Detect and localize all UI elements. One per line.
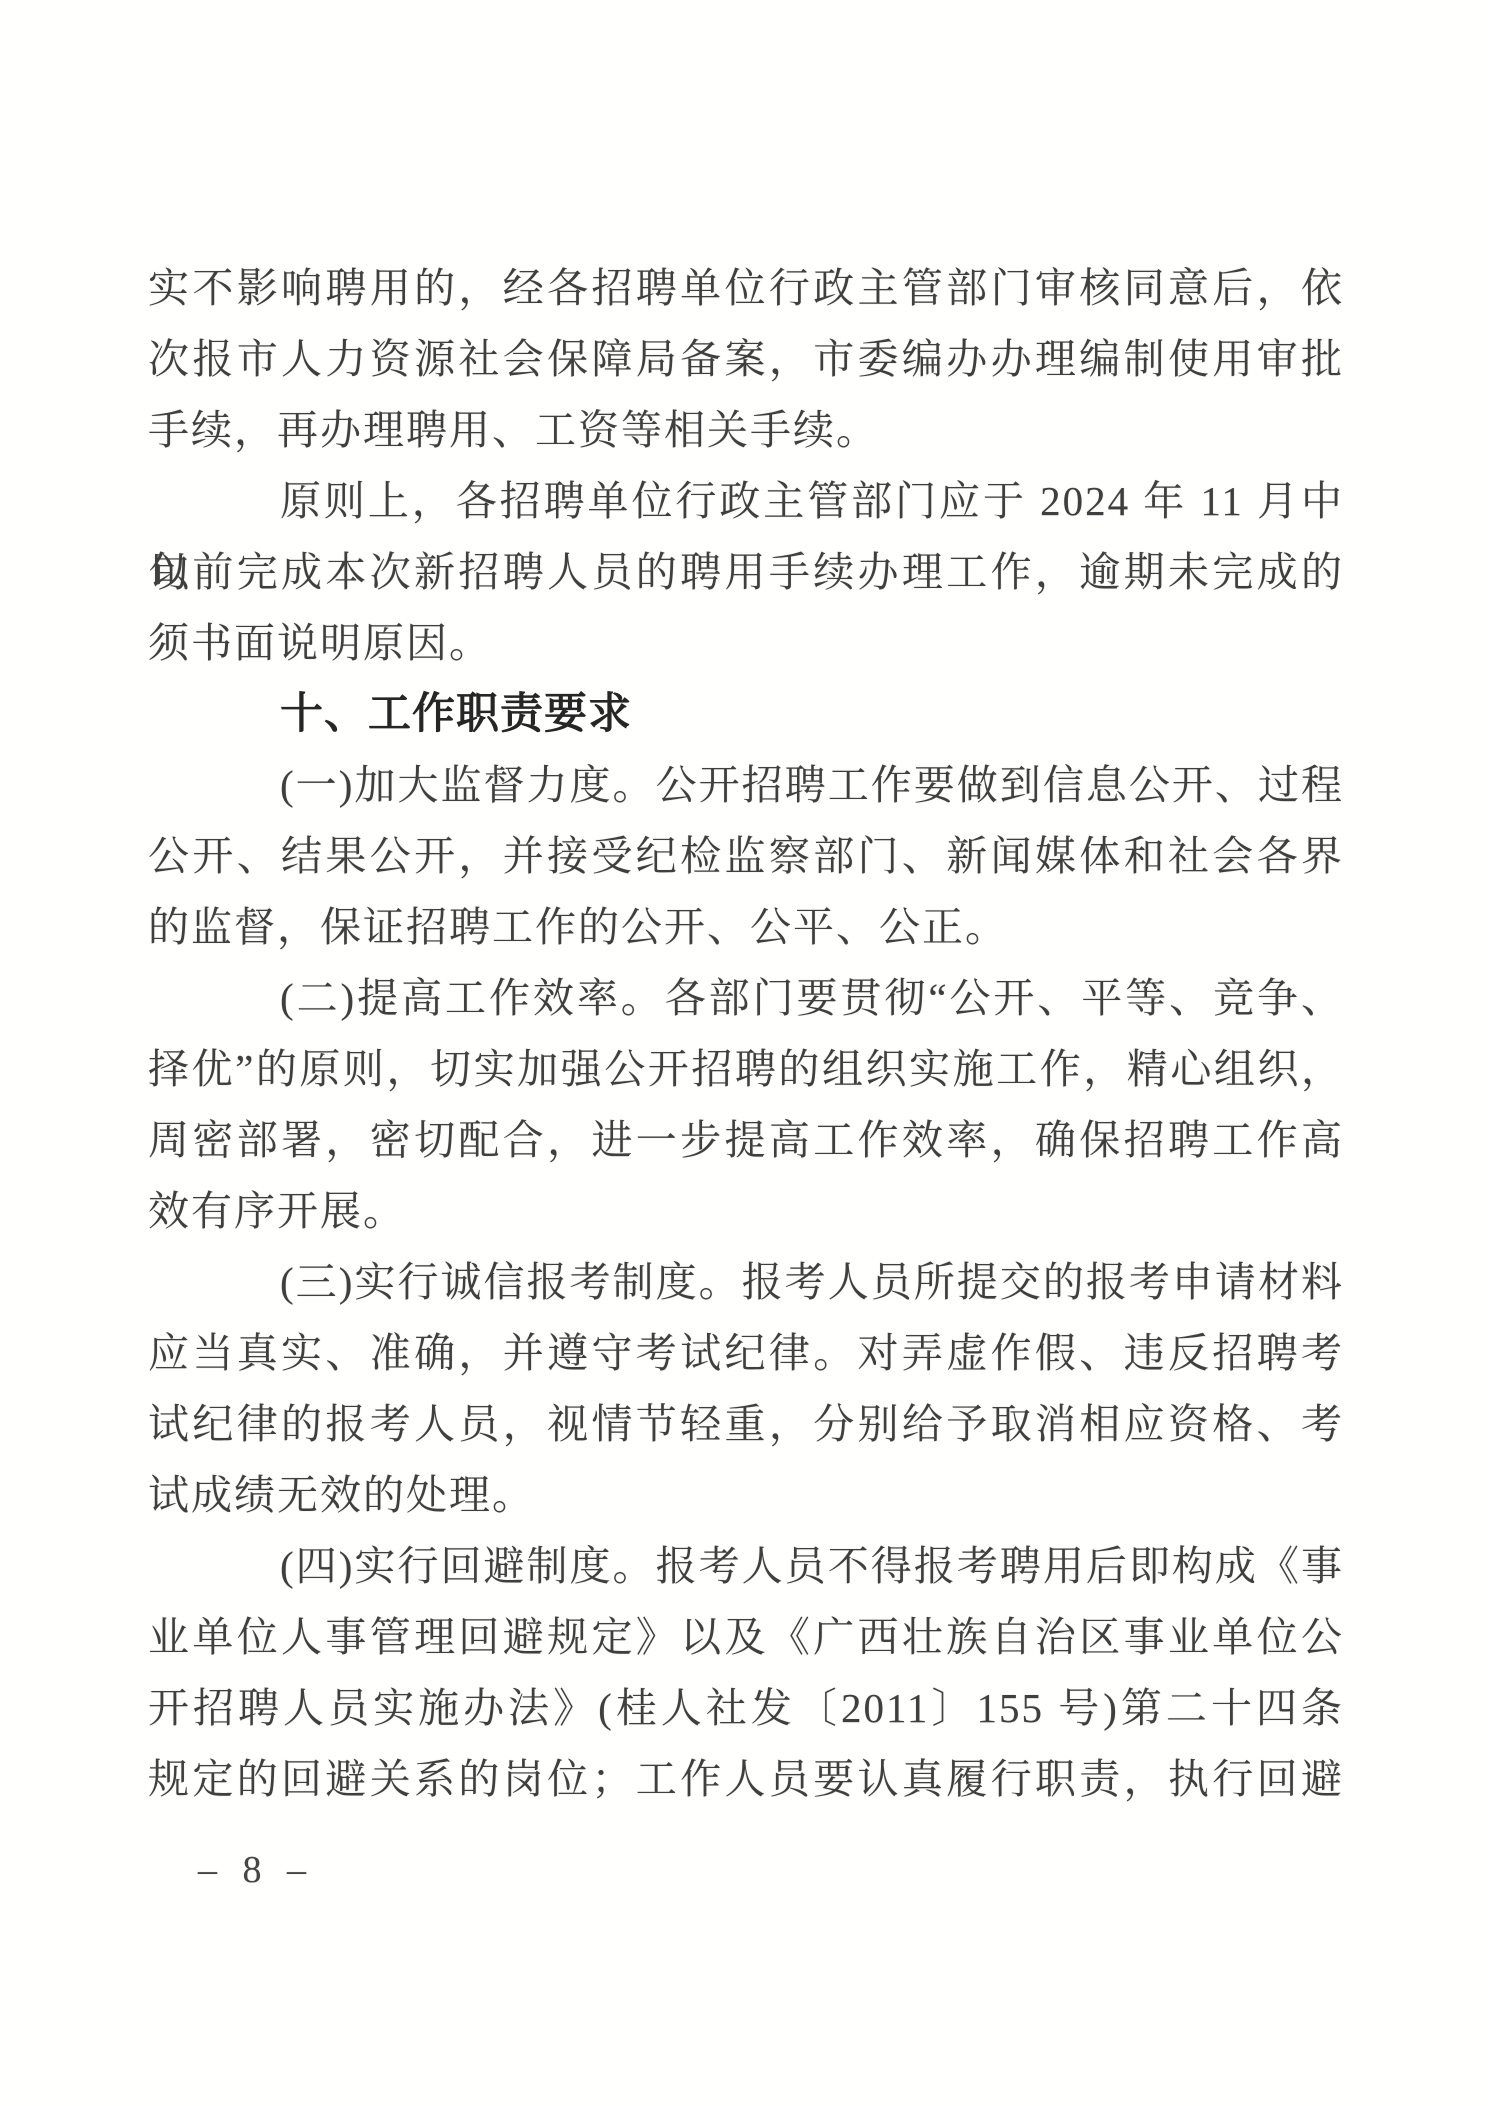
paragraph-first-line: (四)实行回避制度。报考人员不得报考聘用后即构成《事	[148, 1531, 1344, 1602]
text-line: 手续，再办理聘用、工资等相关手续。	[148, 395, 1344, 466]
text-line: 试纪律的报考人员，视情节轻重，分别给予取消相应资格、考	[148, 1389, 1344, 1460]
text-line: 实不影响聘用的，经各招聘单位行政主管部门审核同意后，依	[148, 253, 1344, 324]
text-line: 择优”的原则，切实加强公开招聘的组织实施工作，精心组织，	[148, 1034, 1344, 1105]
paragraph-first-line: 原则上，各招聘单位行政主管部门应于 2024 年 11 月中旬	[148, 466, 1344, 537]
paragraph-first-line: (三)实行诚信报考制度。报考人员所提交的报考申请材料	[148, 1247, 1344, 1318]
text-line: 公开、结果公开，并接受纪检监察部门、新闻媒体和社会各界	[148, 821, 1344, 892]
text-line: 效有序开展。	[148, 1176, 1344, 1247]
scanned-document-page: 实不影响聘用的，经各招聘单位行政主管部门审核同意后，依 次报市人力资源社会保障局…	[0, 0, 1488, 2106]
text-line: 次报市人力资源社会保障局备案，市委编办办理编制使用审批	[148, 324, 1344, 395]
paragraph-first-line: (一)加大监督力度。公开招聘工作要做到信息公开、过程	[148, 750, 1344, 821]
text-line: 应当真实、准确，并遵守考试纪律。对弄虚作假、违反招聘考	[148, 1318, 1344, 1389]
text-line: 业单位人事管理回避规定》以及《广西壮族自治区事业单位公	[148, 1602, 1344, 1673]
text-line: 试成绩无效的处理。	[148, 1460, 1344, 1531]
text-line: 周密部署，密切配合，进一步提高工作效率，确保招聘工作高	[148, 1105, 1344, 1176]
document-body: 实不影响聘用的，经各招聘单位行政主管部门审核同意后，依 次报市人力资源社会保障局…	[148, 253, 1344, 1815]
text-line: 以前完成本次新招聘人员的聘用手续办理工作，逾期未完成的	[148, 537, 1344, 608]
text-line: 开招聘人员实施办法》(桂人社发〔2011〕155 号)第二十四条	[148, 1673, 1344, 1744]
text-line: 须书面说明原因。	[148, 608, 1344, 679]
page-number: – 8 –	[198, 1844, 314, 1896]
paragraph-first-line: (二)提高工作效率。各部门要贯彻“公开、平等、竞争、	[148, 963, 1344, 1034]
text-line: 的监督，保证招聘工作的公开、公平、公正。	[148, 892, 1344, 963]
section-heading: 十、工作职责要求	[148, 679, 1344, 750]
text-line: 规定的回避关系的岗位；工作人员要认真履行职责，执行回避	[148, 1744, 1344, 1815]
